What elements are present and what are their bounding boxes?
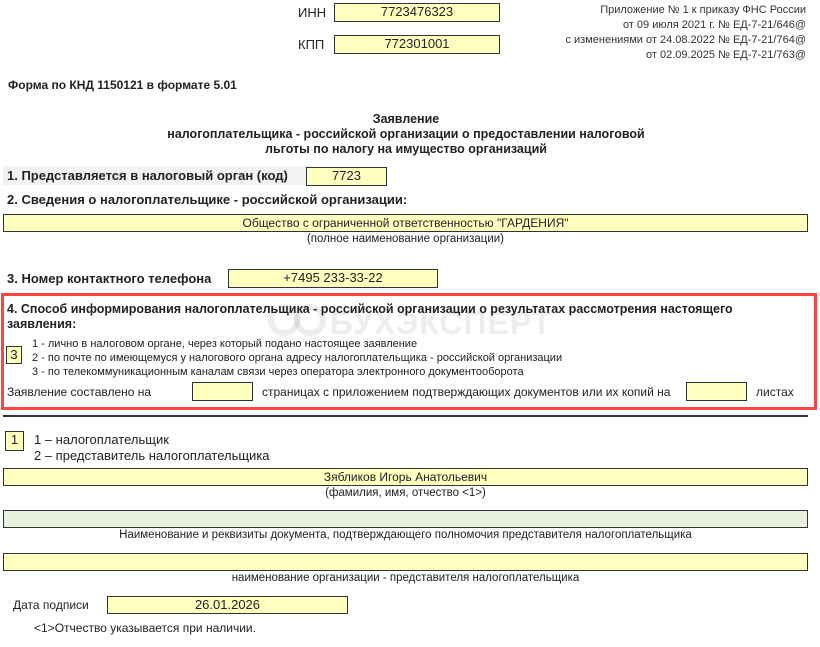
section4-label-line: 4. Способ информирования налогоплательщи… bbox=[7, 302, 733, 317]
section2-label: 2. Сведения о налогоплательщике - россий… bbox=[7, 192, 407, 207]
divider bbox=[3, 415, 808, 417]
section1-label: 1. Представляется в налоговый орган (код… bbox=[3, 166, 311, 185]
inn-label: ИНН bbox=[298, 5, 326, 20]
org-name-field[interactable]: Общество с ограниченной ответственностью… bbox=[3, 214, 808, 232]
footnote: <1>Отчество указывается при наличии. bbox=[34, 621, 256, 635]
appendix-line: от 02.09.2025 № ЕД-7-21/763@ bbox=[565, 48, 806, 63]
signer-option-1: 1 – налогоплательщик bbox=[34, 432, 169, 447]
authority-document-field[interactable] bbox=[3, 510, 808, 528]
section4-label: 4. Способ информирования налогоплательщи… bbox=[7, 302, 733, 332]
signer-type-field[interactable]: 1 bbox=[5, 431, 24, 451]
appendix-note: Приложение № 1 к приказу ФНС России от 0… bbox=[565, 3, 806, 63]
sheets-suffix-label: листах bbox=[756, 385, 794, 399]
inform-option-3: 3 - по телекоммуникационным каналам связ… bbox=[32, 366, 524, 378]
title-line: Заявление bbox=[0, 112, 812, 127]
appendix-line: с изменениями от 24.08.2022 № ЕД-7-21/76… bbox=[565, 33, 806, 48]
inform-option-2: 2 - по почте по имеющемуся у налогового … bbox=[32, 352, 562, 364]
authority-document-caption: Наименование и реквизиты документа, подт… bbox=[3, 529, 808, 541]
fio-caption: (фамилия, имя, отчество <1>) bbox=[3, 487, 808, 499]
title-line: налогоплательщика - российской организац… bbox=[0, 127, 812, 142]
inform-option-1: 1 - лично в налоговом органе, через кото… bbox=[32, 338, 417, 350]
pages-prefix-label: Заявление составлено на bbox=[7, 385, 151, 399]
kpp-label: КПП bbox=[298, 37, 324, 52]
section3-label: 3. Номер контактного телефона bbox=[7, 271, 211, 286]
form-code: Форма по КНД 1150121 в формате 5.01 bbox=[8, 78, 237, 92]
signature-date-label: Дата подписи bbox=[13, 598, 89, 612]
tax-authority-code-field[interactable]: 7723 bbox=[306, 167, 387, 186]
representative-org-caption: наименование организации - представителя… bbox=[3, 572, 808, 584]
pages-middle-label: страницах с приложением подтверждающих д… bbox=[262, 385, 670, 399]
org-name-caption: (полное наименование организации) bbox=[3, 233, 808, 245]
appendix-line: Приложение № 1 к приказу ФНС России bbox=[565, 3, 806, 18]
kpp-field[interactable]: 772301001 bbox=[334, 35, 500, 54]
signature-date-field[interactable]: 26.01.2026 bbox=[107, 596, 348, 614]
representative-org-field[interactable] bbox=[3, 553, 808, 571]
section4-label-line: заявления: bbox=[7, 317, 733, 332]
title-line: льготы по налогу на имущество организаци… bbox=[0, 142, 812, 157]
inform-method-field[interactable]: 3 bbox=[6, 346, 22, 364]
pages-count-field[interactable] bbox=[192, 382, 253, 401]
sheets-count-field[interactable] bbox=[686, 382, 747, 401]
phone-field[interactable]: +7495 233-33-22 bbox=[228, 269, 438, 288]
fio-field[interactable]: Зябликов Игорь Анатольевич bbox=[3, 468, 808, 486]
page-title: Заявление налогоплательщика - российской… bbox=[0, 112, 812, 157]
signer-option-2: 2 – представитель налогоплательщика bbox=[34, 448, 270, 463]
appendix-line: от 09 июля 2021 г. № ЕД-7-21/646@ bbox=[565, 18, 806, 33]
inn-field[interactable]: 7723476323 bbox=[334, 3, 500, 22]
